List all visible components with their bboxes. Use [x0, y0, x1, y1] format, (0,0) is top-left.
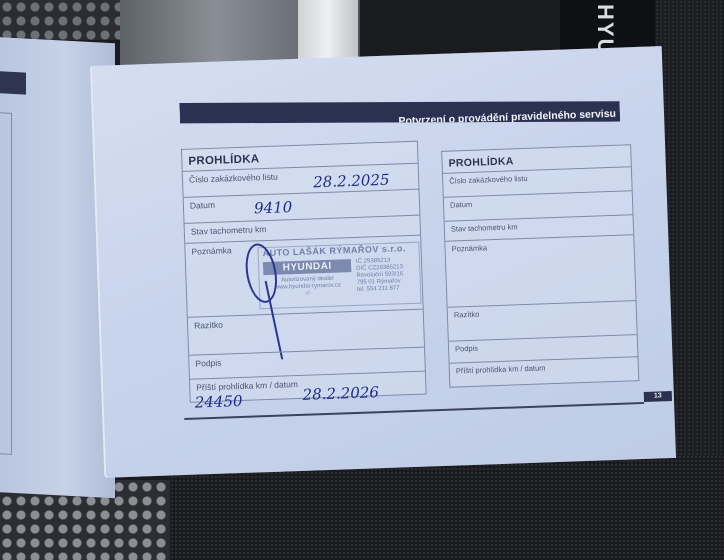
page-title: Potvrzení o provádění pravidelného servi… — [398, 108, 616, 128]
field-label: Stav tachometru km — [451, 218, 627, 233]
left-page-header-band — [0, 71, 26, 95]
field-label: Podpis — [455, 338, 631, 353]
inspection-panel-empty: PROHLÍDKA Číslo zakázkového listu Datum … — [441, 144, 639, 387]
field-label: Stav tachometru km — [191, 219, 414, 237]
field-label: Poznámka — [451, 238, 627, 253]
field-label: Příští prohlídka km / datum — [456, 360, 632, 375]
field-label: Razítko — [194, 313, 417, 331]
left-page-form-box — [0, 111, 12, 455]
booklet-right-page: Potvrzení o provádění pravidelného servi… — [92, 46, 676, 478]
background-mesh-seat — [0, 0, 120, 40]
field-label: Datum — [450, 194, 626, 209]
field-label: Razítko — [454, 304, 630, 319]
field-label: Datum — [190, 193, 413, 211]
page-header-band: Potvrzení o provádění pravidelného servi… — [179, 88, 620, 137]
stamp-line: tel. 554 211 877 — [357, 285, 419, 294]
dealer-stamp: AUTO LAŠÁK RÝMAŘOV s.r.o. HYUNDAI Autori… — [257, 242, 421, 310]
handwritten-order-number: 28.2.2025 — [313, 171, 390, 192]
field-label: Číslo zakázkového listu — [449, 170, 625, 185]
field-label: Podpis — [195, 351, 418, 369]
field-note: Poznámka — [445, 235, 635, 308]
stamp-dealer-name: AUTO LAŠÁK RÝMAŘOV s.r.o. — [263, 245, 407, 257]
handwritten-next-date: 28.2.2026 — [302, 383, 379, 404]
field-next-inspection: Příští prohlídka km / datum 24450 28.2.2… — [190, 372, 426, 415]
handwritten-date: 9410 — [254, 198, 293, 217]
inspection-panel-filled: PROHLÍDKA Číslo zakázkového listu 28.2.2… — [181, 141, 427, 403]
handwritten-next-km: 24450 — [194, 392, 242, 412]
stamp-company-ids: IČ 29385213 DIČ CZ29385213 Revoluční 593… — [356, 257, 419, 294]
field-next-inspection: Příští prohlídka km / datum — [450, 357, 639, 395]
field-note: Poznámka AUTO LAŠÁK RÝMAŘOV s.r.o. HYUND… — [185, 236, 422, 318]
page-number: 13 — [644, 391, 672, 402]
